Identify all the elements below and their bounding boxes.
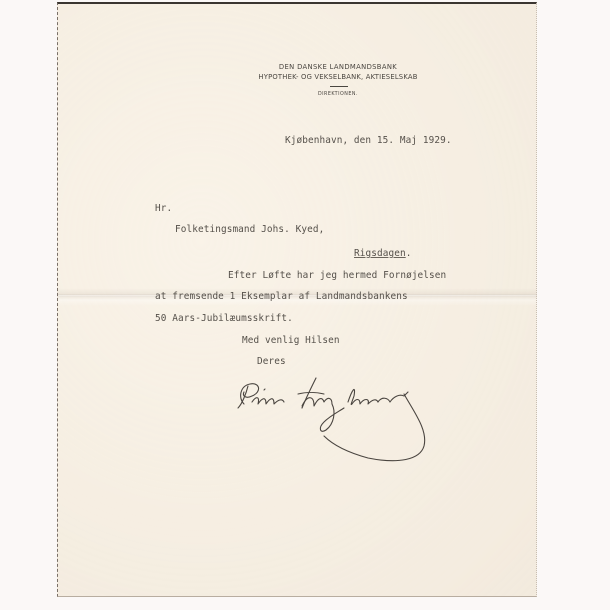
image-canvas: DEN DANSKE LANDMANDSBANK HYPOTHEK- OG VE…: [0, 0, 610, 610]
letter-paper: DEN DANSKE LANDMANDSBANK HYPOTHEK- OG VE…: [57, 2, 537, 597]
salutation: Hr.: [155, 203, 172, 214]
letterhead-divider: [330, 86, 348, 87]
recipient-name: Folketingsmand Johs. Kyed,: [175, 224, 324, 235]
dateline: Kjøbenhavn, den 15. Maj 1929.: [285, 135, 452, 146]
recipient-location-text: Rigsdagen: [354, 248, 406, 259]
body-line-3: 50 Aars-Jubilæumsskrift.: [155, 313, 293, 324]
body-line-1: Efter Løfte har jeg hermed Fornøjelsen: [228, 270, 446, 281]
body-line-2: at fremsende 1 Eksemplar af Landmandsban…: [155, 291, 408, 302]
letterhead-department: DIREKTIONEN.: [58, 91, 536, 98]
letterhead-bank-name: DEN DANSKE LANDMANDSBANK: [58, 62, 536, 72]
recipient-location: Rigsdagen.: [354, 248, 411, 259]
sign-off: Deres: [257, 356, 286, 367]
recipient-location-punct: .: [406, 248, 412, 259]
handwritten-signature-icon: [228, 372, 518, 472]
letterhead: DEN DANSKE LANDMANDSBANK HYPOTHEK- OG VE…: [58, 62, 536, 98]
closing: Med venlig Hilsen: [242, 335, 340, 346]
letterhead-bank-subtitle: HYPOTHEK- OG VEKSELBANK, AKTIESELSKAB: [58, 72, 536, 83]
